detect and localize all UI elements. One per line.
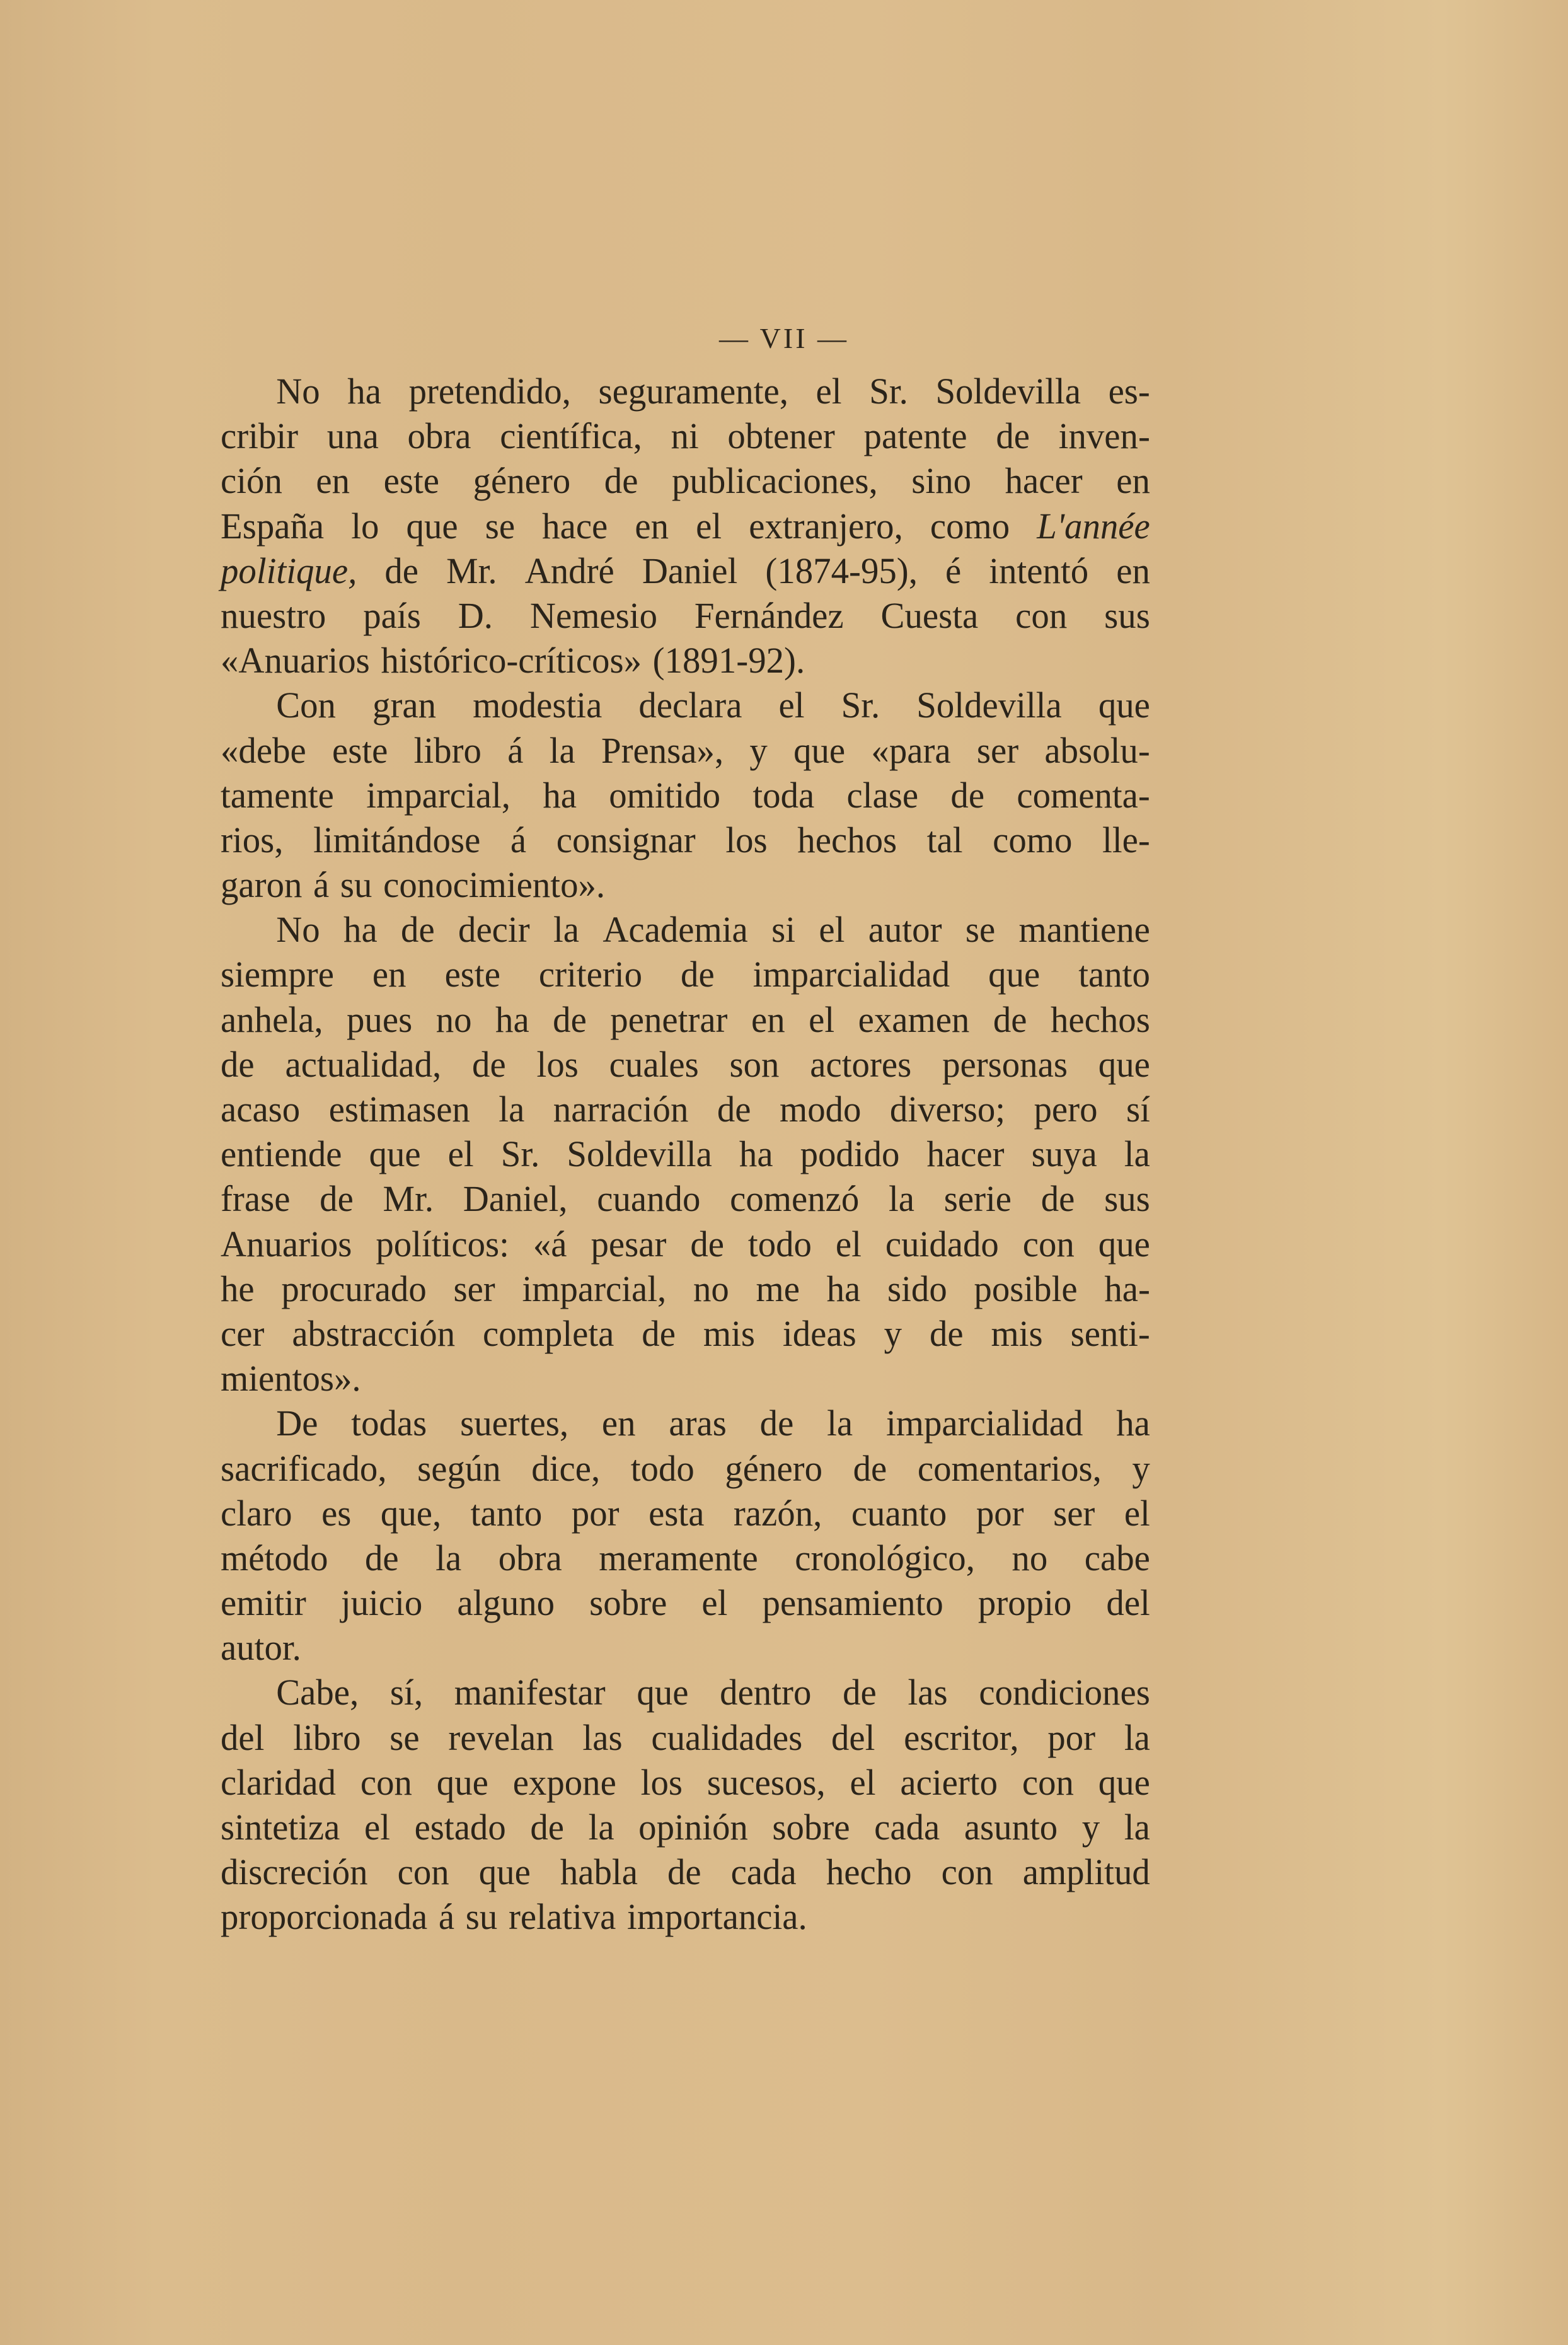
word: son [730,1042,780,1087]
word: he [221,1266,255,1311]
word: hecho [826,1850,912,1894]
word: el [836,1222,862,1266]
word: es [321,1491,351,1536]
word: imparcialidad [886,1401,1083,1445]
word: consignar [556,818,696,862]
word: absolu- [1044,728,1150,773]
word: con [1015,593,1067,638]
word: no [436,997,472,1042]
word: Mr. [446,548,497,593]
word: de [530,1805,564,1850]
text-line: proporcionadaásurelativaimportancia. [221,1894,1150,1939]
word: extranjero, [749,504,903,548]
word: acierto [900,1760,998,1805]
word: y [884,1311,902,1356]
text-line: entiendequeelSr.Soldevillahapodidohacers… [221,1132,1150,1176]
word: á [439,1894,454,1939]
word: hace [542,504,608,548]
body-text: Nohapretendido,seguramente,elSr.Soldevil… [221,369,1169,1940]
word: lo [351,504,379,548]
word: de [681,952,715,997]
text-line: NohadedecirlaAcademiasielautorsemantiene [221,907,1150,952]
word: la [827,1401,853,1445]
word: España [221,504,324,548]
word: el [819,907,845,952]
word: de [843,1670,877,1715]
word: cuidado [885,1222,999,1266]
word: No [276,907,320,952]
word: opinión [638,1805,748,1850]
word: el [850,1760,876,1805]
word: completa [483,1311,614,1356]
word: de [1041,1176,1075,1221]
word: que [637,1670,688,1715]
word: que, [381,1491,441,1536]
word: sino [911,458,971,503]
word: como [993,818,1072,862]
word: Soldevilla [916,683,1061,727]
word: cronológico, [795,1536,975,1580]
word: cuales [609,1042,699,1087]
word: actualidad, [285,1042,441,1087]
word: politique, [221,548,357,593]
word: de [930,1311,964,1356]
word: por [976,1491,1024,1536]
word: cabe [1085,1536,1150,1580]
text-line: «Anuarioshistórico-críticos»(1891-92). [221,638,1150,683]
text-line: Nohapretendido,seguramente,elSr.Soldevil… [221,369,1150,414]
text-line: Cabe,sí,manifestarquedentrodelascondicio… [221,1670,1150,1715]
word: pesar [591,1222,666,1266]
text-line: garonásuconocimiento». [221,862,1150,907]
word: todas [351,1401,427,1445]
word: la [1124,1805,1150,1850]
text-line: tamenteimparcial,haomitidotodaclasedecom… [221,773,1150,818]
text-line: rios,limitándoseáconsignarloshechostalco… [221,818,1150,862]
word: de [996,414,1030,458]
word: «debe [221,728,306,773]
word: estado [415,1805,506,1850]
word: de [853,1446,887,1491]
word: discreción [221,1850,368,1894]
word: hacer [927,1132,1005,1176]
word: cer [221,1311,264,1356]
word: Anuarios [221,1222,352,1266]
word: ha [739,1132,773,1176]
word: que [437,1760,488,1805]
word: serie [944,1176,1012,1221]
text-line: frasedeMr.Daniel,cuandocomenzólaseriedes… [221,1176,1150,1221]
word: sintetiza [221,1805,340,1850]
word: claro [221,1491,292,1536]
word: se [389,1715,419,1760]
word: de [690,1222,724,1266]
word: ni [671,414,699,458]
word: como [930,504,1010,548]
word: posible [974,1266,1077,1311]
word: los [641,1760,683,1805]
word: limitándose [313,818,480,862]
word: Nemesio [530,593,657,638]
word: (1891-92). [653,638,805,683]
word: ha [543,773,577,818]
word: (1874-95), [765,548,918,593]
word: ser [453,1266,495,1311]
page-number: — VII — [0,321,1568,355]
word: todo [748,1222,812,1266]
word: hechos [797,818,897,862]
word: meramente [599,1536,758,1580]
word: gran [372,683,436,727]
word: imparcial, [522,1266,666,1311]
word: garon [221,862,302,907]
word: las [582,1715,622,1760]
word: su [340,862,372,907]
word: modestia [473,683,602,727]
word: ha [495,997,529,1042]
word: examen [858,997,970,1042]
word: la [1124,1715,1150,1760]
word: la [889,1176,914,1221]
word: me [756,1266,800,1311]
text-line: acasoestimasenlanarracióndemododiverso;p… [221,1087,1150,1132]
word: libro [414,728,481,773]
text-line: emitirjuicioalgunosobreelpensamientoprop… [221,1580,1150,1625]
word: diverso; [890,1087,1005,1132]
word: No [276,369,320,414]
word: de [760,1401,794,1445]
word: revelan [448,1715,553,1760]
word: entiende [221,1132,342,1176]
word: que [1098,1042,1150,1087]
word: D. [458,593,493,638]
text-line: métododelaobrameramentecronológico,nocab… [221,1536,1150,1580]
word: que [1098,1222,1150,1266]
word: en [1116,458,1150,503]
word: tamente [221,773,334,818]
word: y [1132,1446,1150,1491]
word: no [1012,1536,1047,1580]
word: este [384,458,439,503]
word: que [793,728,845,773]
word: con [1022,1760,1074,1805]
word: el [809,997,834,1042]
word: que [479,1850,531,1894]
word: Cuesta [881,593,979,638]
word: Sr. [501,1132,540,1176]
word: imparcialidad [753,952,950,997]
text-line: mientos». [221,1356,1150,1401]
word: sí [1126,1087,1150,1132]
word: condiciones [979,1670,1150,1715]
word: de [993,997,1027,1042]
word: el [778,683,804,727]
word: el [816,369,842,414]
text-line: sintetizaelestadodelaopiniónsobrecadaasu… [221,1805,1150,1850]
word: pretendido, [409,369,571,414]
word: la [553,907,579,952]
word: manifestar [454,1670,606,1715]
word: conocimiento». [383,862,605,907]
word: los [537,1042,579,1087]
word: de [553,997,587,1042]
word: ha [347,369,381,414]
word: país [363,593,421,638]
word: modo [780,1087,861,1132]
word: el [696,504,722,548]
word: de [717,1087,751,1132]
word: se [485,504,515,548]
word: propio [978,1580,1071,1625]
word: relativa [509,1894,616,1939]
word: comenzó [730,1176,859,1221]
word: Cabe, [276,1670,359,1715]
word: suya [1032,1132,1097,1176]
word: que [988,952,1040,997]
word: histórico-críticos» [381,638,642,683]
word: con [398,1850,449,1894]
word: de [642,1311,676,1356]
word: género [725,1446,822,1491]
word: la [1124,1132,1150,1176]
word: importancia. [627,1894,807,1939]
word: frase [221,1176,290,1221]
word: género [473,458,571,503]
word: André [525,548,614,593]
word: á [510,818,526,862]
word: ha [827,1266,861,1311]
word: cuando [597,1176,700,1221]
word: mis [703,1311,755,1356]
word: Sr. [869,369,908,414]
word: patente [864,414,967,458]
word: sus [1104,593,1150,638]
text-line: anhela,puesnohadepenetrarenelexamendehec… [221,997,1150,1042]
word: personas [942,1042,1068,1087]
word: aras [669,1401,727,1445]
word: cada [731,1850,797,1894]
word: nuestro [221,593,326,638]
word: científica, [500,414,642,458]
word: comentarios, [918,1446,1102,1491]
word: rios, [221,818,283,862]
word: en [1116,548,1150,593]
word: narración [553,1087,689,1132]
word: que [406,504,458,548]
word: procurado [281,1266,426,1311]
word: Mr. [383,1176,434,1221]
word: que [1098,683,1150,727]
text-line: deactualidad,deloscualessonactoresperson… [221,1042,1150,1087]
word: mis [991,1311,1043,1356]
word: De [276,1401,318,1445]
text-line: «debeestelibroálaPrensa»,yque«paraserabs… [221,728,1150,773]
text-line: Anuariospolíticos:«ápesardetodoelcuidado… [221,1222,1150,1266]
word: ha [1116,1401,1150,1445]
text-line: autor. [221,1625,1150,1670]
word: declara [638,683,742,727]
word: el [364,1805,390,1850]
word: con [942,1850,993,1894]
word: la [550,728,575,773]
word: comenta- [1017,773,1150,818]
word: de [667,1850,701,1894]
word: hechos [1051,997,1150,1042]
word: asunto [964,1805,1058,1850]
word: en [602,1401,636,1445]
word: se [966,907,995,952]
word: razón, [734,1491,822,1536]
word: no [693,1266,729,1311]
word: abstracción [292,1311,455,1356]
word: Soldevilla [567,1132,712,1176]
word: sobre [589,1580,667,1625]
word: pensamiento [763,1580,943,1625]
word: todo [631,1446,695,1491]
word: su [466,1894,498,1939]
word: autor. [221,1625,301,1670]
word: sobre [772,1805,850,1850]
text-line: discreciónconquehabladecadahechoconampli… [221,1850,1150,1894]
word: en [316,458,350,503]
word: L'année [1037,504,1150,548]
text-line: claroesque,tantoporestarazón,cuantoporse… [221,1491,1150,1536]
text-line: Españaloquesehaceenelextranjero,comoL'an… [221,504,1150,548]
word: el [448,1132,474,1176]
text-line: dellibroserevelanlascualidadesdelescrito… [221,1715,1150,1760]
word: el [1124,1491,1150,1536]
word: dentro [720,1670,811,1715]
text-line: claridadconqueexponelossucesos,elacierto… [221,1760,1150,1805]
word: en [635,504,669,548]
text-line: nuestropaísD.NemesioFernándezCuestaconsu… [221,593,1150,638]
word: proporcionada [221,1894,427,1939]
word: criterio [539,952,642,997]
word: una [327,414,379,458]
word: expone [513,1760,616,1805]
word: juicio [341,1580,422,1625]
word: según [417,1446,501,1491]
word: sido [887,1266,947,1311]
text-line: siempreenestecriteriodeimparcialidadquet… [221,952,1150,997]
word: en [751,997,785,1042]
word: con [1023,1222,1075,1266]
word: políticos: [376,1222,509,1266]
word: «á [533,1222,567,1266]
word: la [589,1805,614,1850]
word: lle- [1102,818,1150,862]
word: de [472,1042,506,1087]
word: dice, [531,1446,600,1491]
text-line: sacrificado,segúndice,todogénerodecoment… [221,1446,1150,1491]
word: y [749,728,767,773]
word: sus [1104,1176,1150,1221]
word: y [1082,1805,1100,1850]
word: claridad [221,1760,336,1805]
word: del [831,1715,875,1760]
word: á [507,728,523,773]
word: estimasen [329,1087,470,1132]
word: suertes, [460,1401,568,1445]
word: imparcial, [366,773,510,818]
word: Academia [602,907,747,952]
word: método [221,1536,328,1580]
word: ha- [1104,1266,1150,1311]
word: Soldevilla [935,369,1080,414]
word: por [1047,1715,1095,1760]
word: é [945,548,961,593]
word: Daniel [642,548,738,593]
word: sacrificado, [221,1446,387,1491]
word: ser [1053,1491,1095,1536]
word: sucesos, [707,1760,826,1805]
word: Daniel, [463,1176,568,1221]
word: «para [871,728,950,773]
word: ideas [783,1311,856,1356]
word: que [369,1132,421,1176]
word: acaso [221,1087,300,1132]
word: Sr. [841,683,880,727]
word: las [908,1670,947,1715]
word: si [771,907,795,952]
word: de [401,907,435,952]
word: que [1098,1760,1150,1805]
word: alguno [457,1580,555,1625]
word: cualidades [651,1715,802,1760]
word: escritor, [904,1715,1018,1760]
word: el [701,1580,727,1625]
word: habla [560,1850,638,1894]
word: á [313,862,329,907]
word: la [499,1087,524,1132]
word: seguramente, [598,369,788,414]
word: omitido [609,773,720,818]
word: de [320,1176,354,1221]
word: cribir [221,414,298,458]
word: es- [1109,369,1150,414]
word: ha [343,907,378,952]
word: «Anuarios [221,638,370,683]
word: siempre [221,952,334,997]
word: de [221,1042,255,1087]
word: con [360,1760,412,1805]
word: penetrar [610,997,727,1042]
word: decir [458,907,530,952]
text-line: Detodassuertes,enarasdelaimparcialidadha [221,1401,1150,1445]
word: senti- [1071,1311,1150,1356]
word: actores [810,1042,911,1087]
word: pues [347,997,412,1042]
word: ción [221,458,282,503]
text-line: cribirunaobracientífica,niobtenerpatente… [221,414,1150,458]
word: intentó [989,548,1088,593]
word: de [950,773,984,818]
word: obtener [727,414,834,458]
text-line: cerabstraccióncompletademisideasydemisse… [221,1311,1150,1356]
word: tal [927,818,963,862]
word: del [1106,1580,1150,1625]
word: esta [649,1491,704,1536]
word: autor [868,907,942,952]
word: Fernández [695,593,844,638]
word: tanto [471,1491,543,1536]
word: sí, [390,1670,423,1715]
word: Prensa», [601,728,723,773]
word: de [365,1536,399,1580]
word: amplitud [1023,1850,1150,1894]
text-line: heprocuradoserimparcial,nomehasidoposibl… [221,1266,1150,1311]
word: tanto [1078,952,1150,997]
